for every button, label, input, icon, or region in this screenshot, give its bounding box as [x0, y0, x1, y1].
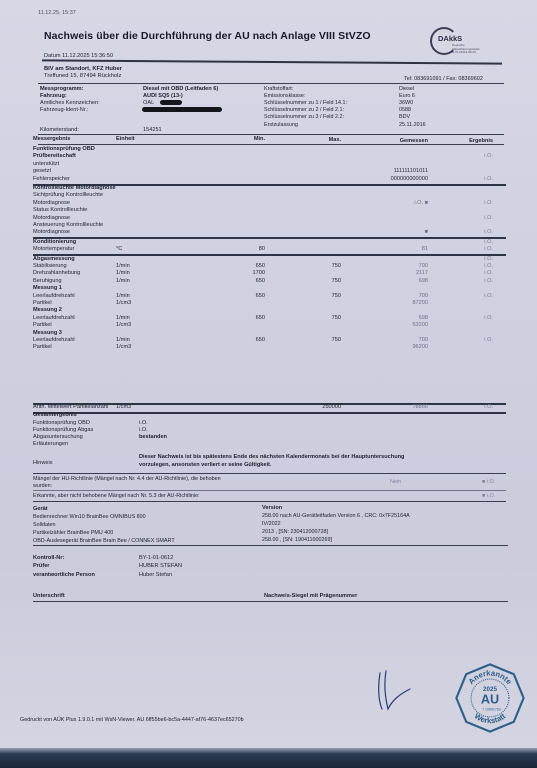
table-row: Beruhigung1/min650750698i.O. — [33, 278, 503, 285]
label-erlaeuterungen: Erläuterungen — [33, 441, 68, 447]
divider — [42, 59, 502, 64]
au-workshop-stamp-icon: Anerkannte Werkstatt 2025 AU 7 10691763 — [455, 663, 525, 733]
table-row: Motordiagnose■i.O. — [33, 229, 503, 236]
table-row: Status Kontrollleuchte — [33, 207, 503, 214]
table-row: Ansteuerung Kontrollleuchte — [33, 222, 503, 229]
value-kennzeichen: OAL — [143, 100, 154, 106]
signature-icon — [370, 665, 430, 715]
dakks-logo-subtitle: Deutsche Akkreditierungsstelle D-IS-2101… — [452, 44, 480, 55]
table-row: Sichtprüfung Kontrollleuchte — [33, 192, 503, 199]
geraet-header: Gerät — [33, 506, 48, 512]
divider — [38, 144, 504, 145]
label-emissionsklasse: Emissionsklasse: — [264, 93, 305, 99]
gesamtergebnis-title: Gesamtergebnis — [33, 412, 77, 418]
table-row: Motordiagnosei.O. — [33, 215, 503, 222]
label-schluessel-3: Schlüsselnummer zu 3 / Feld 2.2: — [264, 114, 344, 120]
unterschrift-label: Unterschrift — [33, 593, 65, 599]
table-row: Leerlaufdrehzahl1/min650750700i.O. — [33, 293, 503, 300]
table-row: Messung 2 — [33, 307, 503, 314]
table-row: Leerlaufdrehzahl1/min650750700i.O. — [33, 337, 503, 344]
table-row: Messung 1 — [33, 285, 503, 292]
geraet-row: Solldaten — [33, 522, 55, 528]
print-timestamp: 11.12.25, 15:37 — [38, 10, 76, 16]
value-emissionsklasse: Euro 6 — [399, 93, 415, 99]
section-title-konditionierung: Konditionierungi.O. — [33, 239, 503, 246]
label-schluessel-2: Schlüsselnummer zu 2 / Feld 2.1: — [264, 107, 344, 113]
document-title: Nachweis über die Durchführung der AU na… — [44, 30, 371, 42]
svg-text:Werkstatt: Werkstatt — [473, 711, 508, 725]
divider — [33, 501, 506, 502]
label-fin: Fahrzeug-Ident-Nr.: — [40, 107, 89, 113]
label-kraftstoff: Kraftstoffart: — [264, 86, 293, 92]
geraet-row: OBD-Auslesegerät BrainBee Brain Bee / CO… — [33, 538, 175, 544]
verantwortliche-person-label: verantwortliche Person — [33, 572, 95, 578]
version-row: 258.00 nach AU-Gerätleitfaden Version 6 … — [262, 513, 410, 519]
divider — [33, 545, 508, 546]
label-messprogramm: Messprogramm: — [40, 86, 84, 92]
value-schluessel-3: BDV — [399, 114, 410, 120]
kontroll-nr-value: BY-1-01-0612 — [139, 555, 173, 561]
version-header: Version — [262, 505, 282, 511]
geraet-row: Partikelzähler BrainBee PMU 400 — [33, 530, 113, 536]
au-certificate-page: 11.12.25, 15:37 Nachweis über die Durchf… — [0, 0, 537, 752]
value-messprogramm: Diesel mit OBD (Leitfaden 6) — [143, 86, 218, 92]
label-fahrzeug: Fahrzeug: — [40, 93, 67, 99]
verantwortliche-person-value: Huber Stefan — [139, 572, 172, 578]
hinweis-text-line-2: vorzulegen, ansonsten verliert er seine … — [139, 462, 271, 468]
maengel-behoben-value: Nein — [390, 479, 401, 485]
value-kraftstoff: Diesel — [399, 86, 414, 92]
svg-text:7 10691763: 7 10691763 — [482, 708, 501, 712]
value-kilometerstand: 154251 — [143, 127, 162, 133]
redaction-bar — [142, 107, 222, 112]
pruefer-label: Prüfer — [33, 563, 49, 569]
version-row: 258.00 , [SN: 190411000269] — [262, 537, 332, 543]
section-title-mil: Kontrollleuchte Motordiagnose — [33, 185, 503, 192]
table-row: Partikel1/cm353200 — [33, 322, 503, 329]
company-phone-fax: Tel: 083691091 / Fax: 08369602 — [404, 76, 483, 82]
maengel-nicht-behoben-label: Erkannte, aber nicht behobene Mängel nac… — [33, 493, 200, 499]
hinweis-text-line-1: Dieser Nachweis ist bis spätestens Ende … — [139, 454, 404, 460]
kontroll-nr-label: Kontroll-Nr: — [33, 555, 64, 561]
company-address: Treffuned 15, 87494 Rückholz — [44, 73, 121, 79]
divider — [33, 412, 506, 414]
divider — [38, 134, 504, 135]
mean-particle-row: Arith. Mittelwert Partikelanzahl1/cm3250… — [33, 404, 503, 411]
table-row: unterstützt — [33, 161, 503, 168]
section-title-abgasmessung: Abgasmessungi.O. — [33, 256, 503, 263]
dakks-logo: DAkkS Deutsche Akkreditierungsstelle D-I… — [430, 27, 500, 57]
label-abgasuntersuchung: Abgasuntersuchung — [33, 434, 83, 440]
table-row: Drehzahlanhebung1/min17002117i.O. — [33, 270, 503, 277]
dakks-logo-text: DAkkS — [438, 34, 462, 43]
table-row: Motortemperatur°C8081i.O. — [33, 246, 503, 253]
siegel-label: Nachweis-Siegel mit Prägenummer — [264, 593, 357, 599]
geraet-row: Bedienrechner Win10 BrainBee OMNIBUS 800 — [33, 514, 146, 520]
label-erstzulassung: Erstzulassung — [264, 122, 298, 128]
table-row: Messung 3 — [33, 330, 503, 337]
table-row: Leerlaufdrehzahl1/min650750698i.O. — [33, 315, 503, 322]
label-hinweis: Hinweis — [33, 460, 53, 466]
version-row: 2013 , [SN: 230412000728] — [262, 529, 328, 535]
table-row: Stabilisierung1/min650750700i.O. — [33, 263, 503, 270]
table-row: Prüfbereitschafti.O. — [33, 153, 503, 160]
divider — [33, 601, 508, 602]
table-row: gesetzt111111101011 — [33, 168, 503, 175]
table-row: Fehlerspeicher000000000000i.O. — [33, 176, 503, 183]
datum: Datum 11.12.2025 15:36:50 — [44, 53, 113, 59]
footer-printed-by: Gedruckt von AÜK Plus 1.9.0.1 mit WsN-Vi… — [20, 717, 244, 723]
divider — [38, 83, 504, 84]
table-row: Partikel1/cm387200 — [33, 300, 503, 307]
redaction-bar — [160, 100, 182, 105]
value-schluessel-1: 36W0 — [399, 100, 413, 106]
value-fp-obd: i.O. — [139, 420, 148, 426]
value-abgasuntersuchung: bestanden — [139, 434, 167, 440]
maengel-behoben-label: Mängel der HU-Richtlinie (Mängel nach Nr… — [33, 476, 221, 482]
maengel-nicht-behoben-result: ■ i.O. — [482, 493, 495, 499]
value-fahrzeug: AUDI SQ5 (13-) — [143, 93, 183, 99]
label-fp-obd: Funktionsprüfung OBD — [33, 420, 90, 426]
svg-text:AU: AU — [481, 693, 499, 707]
table-row: Motordiagnosei.O. ■i.O. — [33, 200, 503, 207]
label-fp-abgas: Funktionsprüfung Abgas — [33, 427, 93, 433]
desk-background — [0, 748, 537, 768]
divider — [33, 473, 506, 474]
label-schluessel-1: Schlüsselnummer zu 1 / Feld 14.1: — [264, 100, 347, 106]
results-table-header: Messergebnis Einheit Min. Max. Gemessen … — [33, 136, 503, 143]
version-row: IV/2022 — [262, 521, 281, 527]
value-erstzulassung: 25.11.2016 — [399, 122, 426, 128]
maengel-behoben-label-2: wurden: — [33, 483, 52, 489]
label-kennzeichen: Amtliches Kennzeichen: — [40, 100, 100, 106]
value-schluessel-2: 0588 — [399, 107, 411, 113]
company-name: BIV am Standort, KFZ Huber — [44, 66, 122, 72]
maengel-behoben-result: ■ i.O. — [482, 479, 495, 485]
divider — [33, 490, 506, 491]
pruefer-value: HUBER STEFAN — [139, 563, 182, 569]
table-row: Partikel1/cm396200 — [33, 344, 503, 351]
section-title-obd: Funktionsprüfung OBD — [33, 146, 503, 153]
label-kilometerstand: Kilometerstand: — [40, 127, 79, 133]
value-fp-abgas: i.O. — [139, 427, 148, 433]
